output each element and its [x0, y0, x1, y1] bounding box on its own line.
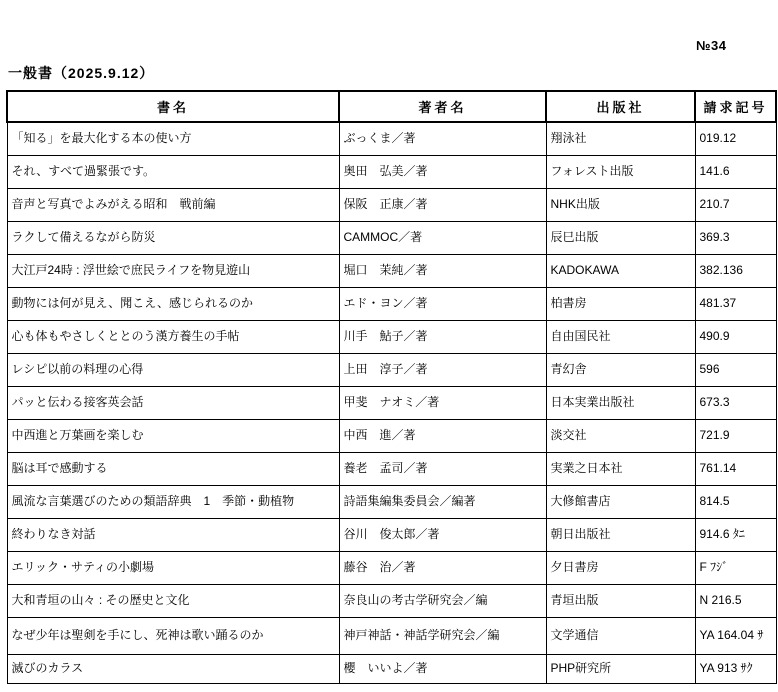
- cell-author: 櫻 いいよ／著: [339, 654, 546, 683]
- cell-publisher: PHP研究所: [546, 654, 695, 683]
- table-row: 音声と写真でよみがえる昭和 戦前編 保阪 正康／著 NHK出版 210.7: [7, 188, 776, 221]
- cell-author: 中西 進／著: [339, 419, 546, 452]
- cell-call-number: 210.7: [695, 188, 776, 221]
- column-header-author: 著者名: [339, 91, 546, 122]
- table-row: 中西進と万葉画を楽しむ 中西 進／著 淡交社 721.9: [7, 419, 776, 452]
- table-row: レシピ以前の料理の心得 上田 淳子／著 青幻舎 596: [7, 353, 776, 386]
- table-row: 動物には何が見え、聞こえ、感じられるのか エド・ヨン／著 柏書房 481.37: [7, 287, 776, 320]
- cell-title: エリック・サティの小劇場: [7, 551, 339, 584]
- cell-title: パッと伝わる接客英会話: [7, 386, 339, 419]
- table-header-row: 書名 著者名 出版社 請求記号: [7, 91, 776, 122]
- cell-author: CAMMOC／著: [339, 221, 546, 254]
- table-row: 大江戸24時 : 浮世絵で庶民ライフを物見遊山 堀口 茉純／著 KADOKAWA…: [7, 254, 776, 287]
- cell-title: 脳は耳で感動する: [7, 452, 339, 485]
- cell-call-number: 369.3: [695, 221, 776, 254]
- cell-call-number: 761.14: [695, 452, 776, 485]
- cell-call-number: 382.136: [695, 254, 776, 287]
- cell-call-number: 673.3: [695, 386, 776, 419]
- book-list-table: 書名 著者名 出版社 請求記号 「知る」を最大化する本の使い方 ぶっくま／著 翔…: [6, 90, 777, 684]
- cell-title: 音声と写真でよみがえる昭和 戦前編: [7, 188, 339, 221]
- cell-title: 大和青垣の山々 : その歴史と文化: [7, 584, 339, 617]
- cell-title: なぜ少年は聖剣を手にし、死神は歌い踊るのか: [7, 617, 339, 654]
- page-title: 一般書（2025.9.12）: [8, 63, 154, 83]
- cell-title: 心も体もやさしくととのう漢方養生の手帖: [7, 320, 339, 353]
- cell-call-number: F ﾌｼﾞ: [695, 551, 776, 584]
- cell-publisher: NHK出版: [546, 188, 695, 221]
- cell-publisher: 翔泳社: [546, 122, 695, 155]
- cell-call-number: 814.5: [695, 485, 776, 518]
- document-page: №34 一般書（2025.9.12） 書名 著者名 出版社 請求記号 「知る」を…: [0, 0, 778, 692]
- cell-title: 中西進と万葉画を楽しむ: [7, 419, 339, 452]
- cell-call-number: 481.37: [695, 287, 776, 320]
- cell-title: ラクして備えるながら防災: [7, 221, 339, 254]
- cell-publisher: 柏書房: [546, 287, 695, 320]
- cell-publisher: 朝日出版社: [546, 518, 695, 551]
- cell-call-number: 141.6: [695, 155, 776, 188]
- table-row: 脳は耳で感動する 養老 孟司／著 実業之日本社 761.14: [7, 452, 776, 485]
- table-row: それ、すべて過緊張です。 奥田 弘美／著 フォレスト出版 141.6: [7, 155, 776, 188]
- cell-call-number: YA 164.04 ｻ: [695, 617, 776, 654]
- cell-call-number: 019.12: [695, 122, 776, 155]
- cell-publisher: 淡交社: [546, 419, 695, 452]
- cell-author: 神戸神話・神話学研究会／編: [339, 617, 546, 654]
- cell-call-number: 596: [695, 353, 776, 386]
- cell-call-number: YA 913 ｻｸ: [695, 654, 776, 683]
- cell-author: ぶっくま／著: [339, 122, 546, 155]
- cell-author: 奈良山の考古学研究会／編: [339, 584, 546, 617]
- column-header-call-number: 請求記号: [695, 91, 776, 122]
- cell-publisher: 自由国民社: [546, 320, 695, 353]
- cell-publisher: フォレスト出版: [546, 155, 695, 188]
- cell-author: 上田 淳子／著: [339, 353, 546, 386]
- cell-title: 終わりなき対話: [7, 518, 339, 551]
- cell-publisher: KADOKAWA: [546, 254, 695, 287]
- cell-title: レシピ以前の料理の心得: [7, 353, 339, 386]
- cell-publisher: 青垣出版: [546, 584, 695, 617]
- cell-publisher: 実業之日本社: [546, 452, 695, 485]
- cell-publisher: 辰巳出版: [546, 221, 695, 254]
- cell-author: 奥田 弘美／著: [339, 155, 546, 188]
- cell-call-number: N 216.5: [695, 584, 776, 617]
- table-row: なぜ少年は聖剣を手にし、死神は歌い踊るのか 神戸神話・神話学研究会／編 文学通信…: [7, 617, 776, 654]
- cell-author: 養老 孟司／著: [339, 452, 546, 485]
- cell-title: 動物には何が見え、聞こえ、感じられるのか: [7, 287, 339, 320]
- cell-author: 甲斐 ナオミ／著: [339, 386, 546, 419]
- cell-title: 「知る」を最大化する本の使い方: [7, 122, 339, 155]
- book-table-body: 「知る」を最大化する本の使い方 ぶっくま／著 翔泳社 019.12 それ、すべて…: [7, 122, 776, 683]
- column-header-publisher: 出版社: [546, 91, 695, 122]
- cell-title: 大江戸24時 : 浮世絵で庶民ライフを物見遊山: [7, 254, 339, 287]
- table-row: 滅びのカラス 櫻 いいよ／著 PHP研究所 YA 913 ｻｸ: [7, 654, 776, 683]
- cell-author: 谷川 俊太郎／著: [339, 518, 546, 551]
- table-row: 終わりなき対話 谷川 俊太郎／著 朝日出版社 914.6 ﾀﾆ: [7, 518, 776, 551]
- table-row: 心も体もやさしくととのう漢方養生の手帖 川手 鮎子／著 自由国民社 490.9: [7, 320, 776, 353]
- cell-author: 藤谷 治／著: [339, 551, 546, 584]
- table-row: エリック・サティの小劇場 藤谷 治／著 夕日書房 F ﾌｼﾞ: [7, 551, 776, 584]
- cell-call-number: 490.9: [695, 320, 776, 353]
- cell-title: それ、すべて過緊張です。: [7, 155, 339, 188]
- cell-title: 風流な言葉選びのための類語辞典 1 季節・動植物: [7, 485, 339, 518]
- cell-publisher: 夕日書房: [546, 551, 695, 584]
- table-row: 大和青垣の山々 : その歴史と文化 奈良山の考古学研究会／編 青垣出版 N 21…: [7, 584, 776, 617]
- table-row: ラクして備えるながら防災 CAMMOC／著 辰巳出版 369.3: [7, 221, 776, 254]
- cell-author: 堀口 茉純／著: [339, 254, 546, 287]
- cell-call-number: 914.6 ﾀﾆ: [695, 518, 776, 551]
- cell-author: 保阪 正康／著: [339, 188, 546, 221]
- cell-author: 川手 鮎子／著: [339, 320, 546, 353]
- cell-publisher: 青幻舎: [546, 353, 695, 386]
- cell-author: エド・ヨン／著: [339, 287, 546, 320]
- table-row: 風流な言葉選びのための類語辞典 1 季節・動植物 詩語集編集委員会／編著 大修館…: [7, 485, 776, 518]
- cell-publisher: 文学通信: [546, 617, 695, 654]
- cell-publisher: 日本実業出版社: [546, 386, 695, 419]
- cell-call-number: 721.9: [695, 419, 776, 452]
- cell-title: 滅びのカラス: [7, 654, 339, 683]
- table-row: 「知る」を最大化する本の使い方 ぶっくま／著 翔泳社 019.12: [7, 122, 776, 155]
- cell-publisher: 大修館書店: [546, 485, 695, 518]
- cell-author: 詩語集編集委員会／編著: [339, 485, 546, 518]
- column-header-title: 書名: [7, 91, 339, 122]
- table-row: パッと伝わる接客英会話 甲斐 ナオミ／著 日本実業出版社 673.3: [7, 386, 776, 419]
- page-number: №34: [696, 38, 726, 53]
